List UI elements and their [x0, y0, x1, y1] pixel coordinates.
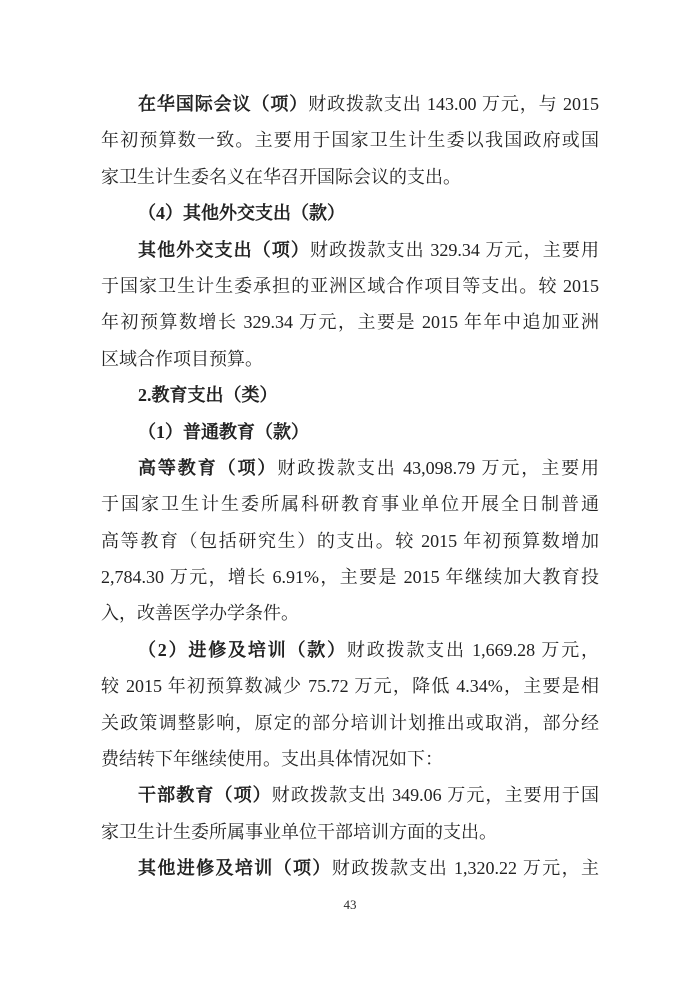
text-line: 年初预算数一致。主要用于国家卫生计生委以我国政府或国: [101, 122, 599, 158]
text-run: 2,784.30 万元，增长 6.91%，主要是 2015 年继续加大教育投: [101, 567, 599, 587]
text-run: 高等教育（包括研究生）的支出。较 2015 年初预算数增加: [101, 531, 599, 551]
text-line: 其他外交支出（项）财政拨款支出 329.34 万元，主要用: [101, 232, 599, 268]
text-line: 其他进修及培训（项）财政拨款支出 1,320.22 万元，主: [101, 850, 599, 886]
text-line: 家卫生计生委所属事业单位干部培训方面的支出。: [101, 814, 599, 850]
bold-run: 2.教育支出（类）: [138, 385, 278, 405]
text-run: 家卫生计生委所属事业单位干部培训方面的支出。: [101, 822, 497, 842]
bold-run: 高等教育（项）: [138, 458, 277, 478]
text-line: （2）进修及培训（款）财政拨款支出 1,669.28 万元，: [101, 632, 599, 668]
bold-run: 其他外交支出（项）: [138, 240, 310, 260]
text-run: 较 2015 年初预算数减少 75.72 万元，降低 4.34%，主要是相: [101, 676, 599, 696]
text-run: 财政拨款支出 43,098.79 万元，主要用: [277, 458, 599, 478]
text-run: 入，改善医学办学条件。: [101, 603, 299, 623]
heading-line: （1）普通教育（款）: [101, 414, 599, 450]
bold-run: （1）普通教育（款）: [138, 422, 309, 442]
text-line: 2,784.30 万元，增长 6.91%，主要是 2015 年继续加大教育投: [101, 559, 599, 595]
heading-line: 2.教育支出（类）: [101, 377, 599, 413]
text-run: 关政策调整影响，原定的部分培训计划推出或取消，部分经: [101, 713, 599, 733]
document-page: 在华国际会议（项）财政拨款支出 143.00 万元，与 2015 年初预算数一致…: [0, 0, 700, 989]
text-run: 财政拨款支出 349.06 万元，主要用于国: [272, 785, 599, 805]
text-run: 家卫生计生委名义在华召开国际会议的支出。: [101, 167, 461, 187]
text-line: 在华国际会议（项）财政拨款支出 143.00 万元，与 2015: [101, 86, 599, 122]
text-line: 较 2015 年初预算数减少 75.72 万元，降低 4.34%，主要是相: [101, 668, 599, 704]
heading-line: （4）其他外交支出（款）: [101, 195, 599, 231]
bold-run: 干部教育（项）: [138, 785, 272, 805]
text-run: 区域合作项目预算。: [101, 349, 263, 369]
text-run: 财政拨款支出 1,320.22 万元，主: [332, 858, 599, 878]
text-line: 区域合作项目预算。: [101, 341, 599, 377]
text-line: 高等教育（项）财政拨款支出 43,098.79 万元，主要用: [101, 450, 599, 486]
text-line: 干部教育（项）财政拨款支出 349.06 万元，主要用于国: [101, 777, 599, 813]
text-line: 关政策调整影响，原定的部分培训计划推出或取消，部分经: [101, 705, 599, 741]
text-line: 于国家卫生计生委承担的亚洲区域合作项目等支出。较 2015: [101, 268, 599, 304]
text-line: 入，改善医学办学条件。: [101, 595, 599, 631]
bold-run: 其他进修及培训（项）: [138, 858, 332, 878]
text-line: 高等教育（包括研究生）的支出。较 2015 年初预算数增加: [101, 523, 599, 559]
text-run: 财政拨款支出 1,669.28 万元，: [347, 640, 599, 660]
document-body: 在华国际会议（项）财政拨款支出 143.00 万元，与 2015 年初预算数一致…: [101, 86, 599, 887]
bold-run: （4）其他外交支出（款）: [138, 203, 345, 223]
bold-run: 在华国际会议（项）: [138, 94, 308, 114]
text-line: 家卫生计生委名义在华召开国际会议的支出。: [101, 159, 599, 195]
text-run: 费结转下年继续使用。支出具体情况如下：: [101, 749, 443, 769]
text-run: 年初预算数增长 329.34 万元，主要是 2015 年年中追加亚洲: [101, 312, 599, 332]
text-run: 年初预算数一致。主要用于国家卫生计生委以我国政府或国: [101, 130, 599, 150]
text-line: 于国家卫生计生委所属科研教育事业单位开展全日制普通: [101, 486, 599, 522]
text-line: 年初预算数增长 329.34 万元，主要是 2015 年年中追加亚洲: [101, 304, 599, 340]
bold-run: （2）进修及培训（款）: [138, 640, 347, 660]
text-run: 于国家卫生计生委承担的亚洲区域合作项目等支出。较 2015: [101, 276, 599, 296]
text-run: 于国家卫生计生委所属科研教育事业单位开展全日制普通: [101, 494, 599, 514]
page-number: 43: [0, 897, 700, 913]
text-line: 费结转下年继续使用。支出具体情况如下：: [101, 741, 599, 777]
text-run: 财政拨款支出 329.34 万元，主要用: [310, 240, 599, 260]
text-run: 财政拨款支出 143.00 万元，与 2015: [308, 94, 599, 114]
